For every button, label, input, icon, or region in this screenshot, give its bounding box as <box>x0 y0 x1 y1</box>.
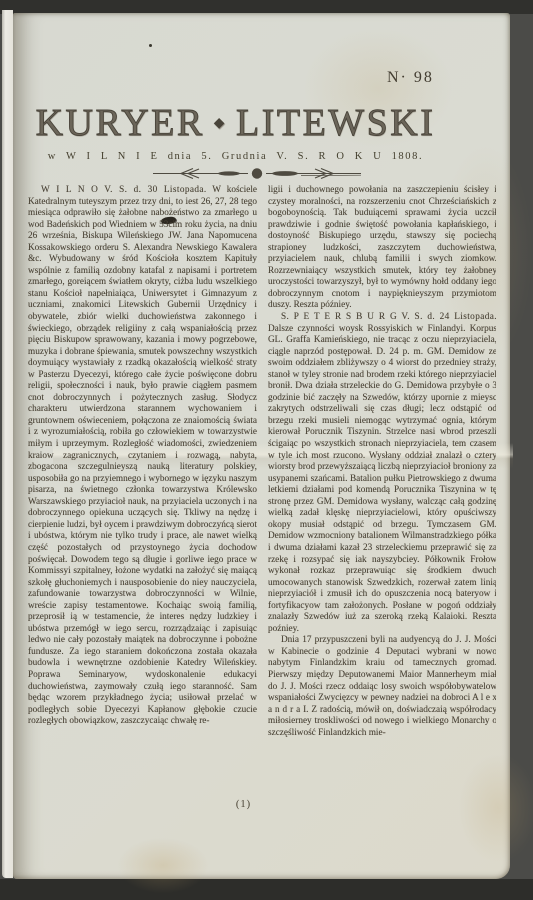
issue-number: N· 98 <box>387 69 434 87</box>
divider-ornament <box>8 165 505 186</box>
paragraph: Dnia 17 przypuszczeni byli na audyencyą … <box>268 635 496 739</box>
paragraph: W I L N O V. S. d. 30 Listopada. W kości… <box>28 185 257 728</box>
arrow-rule-icon <box>151 165 363 181</box>
scan-background-top <box>0 0 533 14</box>
dateline: w W I L N I E dnia 5. Grudnia V. S. R O … <box>0 151 484 162</box>
paragraph-body: Dalsze czynności woysk Rossyiskich w Fin… <box>268 324 496 634</box>
paragraph: ligii i duchownego powołania na zaszczep… <box>268 185 496 312</box>
article-column-right: ligii i duchownego powołania na zaszczep… <box>268 185 496 809</box>
paragraph-lead: W I L N O V. S. d. 30 Listopada. <box>41 185 207 195</box>
newspaper-page: N· 98 KURYER◆LITEWSKI w W I L N I E dnia… <box>13 13 510 879</box>
newspaper-scan: N· 98 KURYER◆LITEWSKI w W I L N I E dnia… <box>0 0 533 900</box>
paragraph: S. P E T E R S B U R G V. S. d. 24 Listo… <box>268 312 496 635</box>
paragraph-body: W kościele Katedralnym tuteyszym przez t… <box>28 185 257 726</box>
paragraph-body: ligii i duchownego powołania na zaszczep… <box>268 185 496 310</box>
article-column-left: W I L N O V. S. d. 30 Listopada. W kości… <box>28 185 257 809</box>
masthead-separator-icon: ◆ <box>214 115 227 132</box>
page-number: (1) <box>0 799 492 810</box>
paragraph-body: Dnia 17 przypuszczeni byli na audyencyą … <box>268 635 496 737</box>
paragraph-lead: S. P E T E R S B U R G V. S. d. 24 Listo… <box>281 312 496 322</box>
scan-background-bottom <box>0 879 533 900</box>
ink-speck <box>149 44 152 47</box>
masthead-word-1: KURYER <box>36 101 205 145</box>
masthead-word-2: LITEWSKI <box>236 101 435 145</box>
article-columns: W I L N O V. S. d. 30 Listopada. W kości… <box>28 185 496 809</box>
masthead-title: KURYER◆LITEWSKI <box>0 101 484 145</box>
